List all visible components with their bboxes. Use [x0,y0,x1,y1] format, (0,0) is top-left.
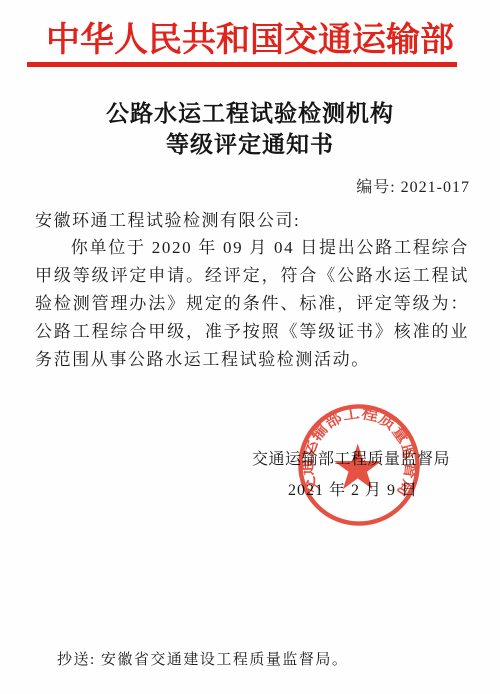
document-number: 编号: 2021-017 [356,174,470,197]
document-page: 中华人民共和国交通运输部 公路水运工程试验检测机构 等级评定通知书 编号: 20… [0,0,500,694]
addressee-line: 安徽环通工程试验检测有限公司: [35,206,300,231]
seal-star-icon [334,444,382,490]
document-title: 公路水运工程试验检测机构 等级评定通知书 [0,98,500,160]
cc-line: 抄送: 安徽省交通建设工程质量监督局。 [57,648,348,669]
official-seal: 交通运输部工程质量监督局 [296,402,422,528]
document-title-line1: 公路水运工程试验检测机构 [0,98,500,129]
header-divider [27,62,457,67]
document-title-line2: 等级评定通知书 [0,129,500,160]
ministry-header-title: 中华人民共和国交通运输部 [0,12,500,61]
body-paragraph: 你单位于 2020 年 09 月 04 日提出公路工程综合甲级等级评定申请。经评… [35,234,469,374]
